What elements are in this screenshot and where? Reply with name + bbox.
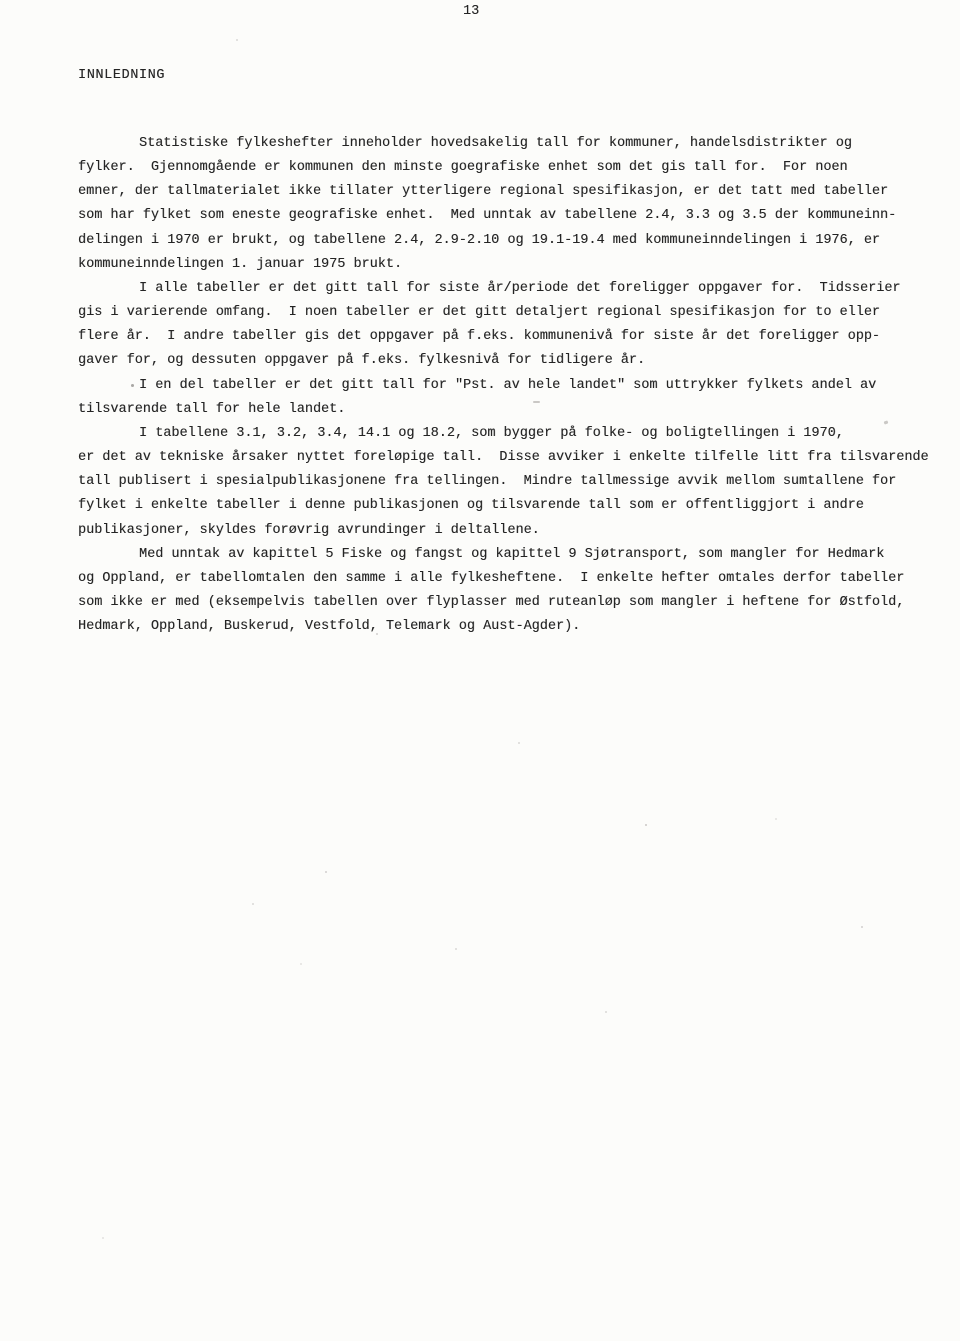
scan-speckle [102, 1237, 104, 1239]
text-line: som har fylket som eneste geografiske en… [78, 204, 944, 228]
text-line: emner, der tallmaterialet ikke tillater … [78, 180, 944, 204]
scan-speckle [376, 633, 378, 635]
scan-speckle [131, 384, 134, 387]
scan-speckle [236, 39, 238, 41]
text-line: publikasjoner, skyldes forøvrig avrundin… [78, 519, 944, 543]
text-line: og Oppland, er tabellomtalen den samme i… [78, 567, 944, 591]
text-line: I en del tabeller er det gitt tall for "… [78, 374, 944, 398]
text-line: I alle tabeller er det gitt tall for sis… [78, 277, 944, 301]
text-line: delingen i 1970 er brukt, og tabellene 2… [78, 229, 944, 253]
scan-speckle [605, 1011, 607, 1013]
body-text-block: Statistiske fylkeshefter inneholder hove… [78, 132, 944, 639]
text-line: kommuneinndelingen 1. januar 1975 brukt. [78, 253, 944, 277]
page-number: 13 [463, 4, 479, 19]
text-line: fylket i enkelte tabeller i denne publik… [78, 494, 944, 518]
text-line: fylker. Gjennomgående er kommunen den mi… [78, 156, 944, 180]
scan-speckle [775, 818, 777, 820]
text-line: tilsvarende tall for hele landet. [78, 398, 944, 422]
text-line: Med unntak av kapittel 5 Fiske og fangst… [78, 543, 944, 567]
scan-speckle [455, 948, 457, 950]
text-line: I tabellene 3.1, 3.2, 3.4, 14.1 og 18.2,… [78, 422, 944, 446]
text-line: er det av tekniske årsaker nyttet forelø… [78, 446, 944, 470]
scan-speckle [518, 742, 520, 744]
page-title: INNLEDNING [78, 68, 165, 83]
text-line: tall publisert i spesialpublikasjonene f… [78, 470, 944, 494]
text-line: Statistiske fylkeshefter inneholder hove… [78, 132, 944, 156]
text-line: Hedmark, Oppland, Buskerud, Vestfold, Te… [78, 615, 944, 639]
text-line: flere år. I andre tabeller gis det oppga… [78, 325, 944, 349]
scan-speckle [861, 926, 863, 928]
text-line: gis i varierende omfang. I noen tabeller… [78, 301, 944, 325]
scan-speckle [533, 401, 540, 403]
text-line: gaver for, og dessuten oppgaver på f.eks… [78, 349, 944, 373]
text-line: som ikke er med (eksempelvis tabellen ov… [78, 591, 944, 615]
scan-speckle [645, 824, 647, 826]
scan-speckle [325, 871, 327, 873]
scan-speckle [252, 903, 254, 905]
scan-speckle [300, 963, 302, 965]
